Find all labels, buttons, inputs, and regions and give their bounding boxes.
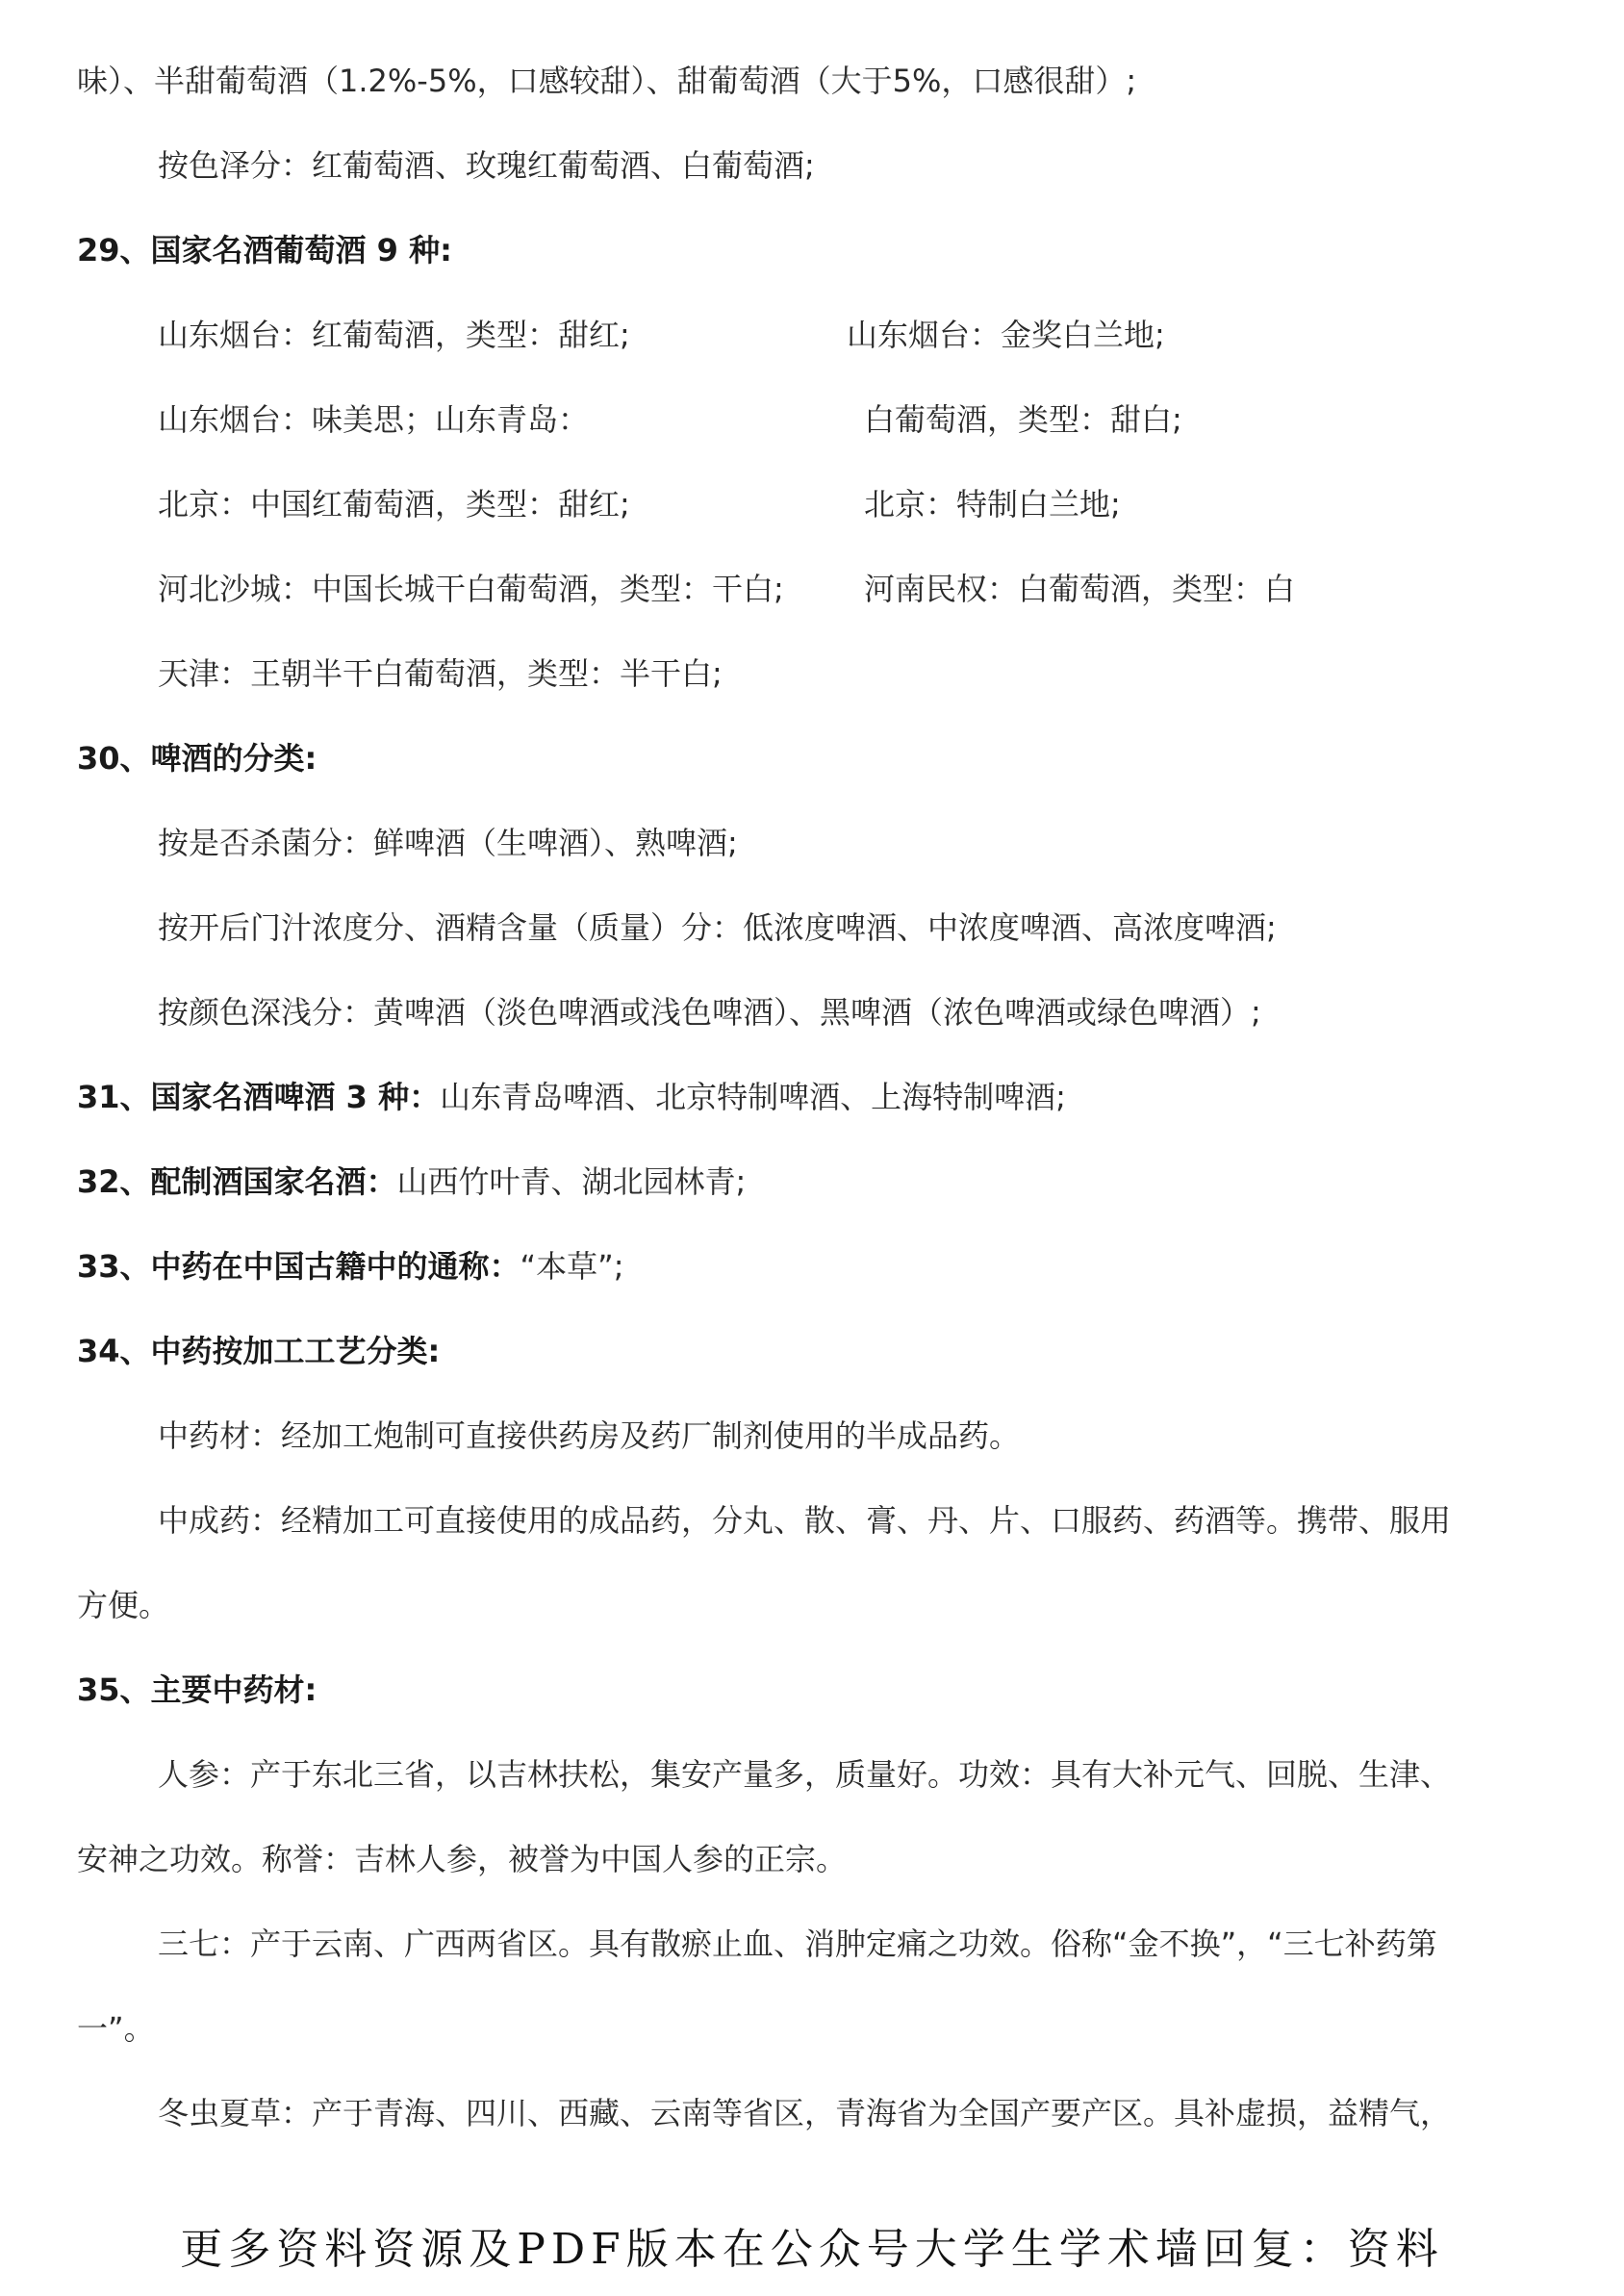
ginseng-paragraph: 人参：产于东北三省，以吉林扶松，集安产量多，质量好。功效：具有大补元气、回脱、生…	[158, 1753, 1451, 1796]
wine-item-2a: 山东烟台：味美思；山东青岛：	[158, 398, 589, 441]
cordyceps-paragraph: 冬虫夏草：产于青海、四川、西藏、云南等省区，青海省为全国产要产区。具补虚损，益精…	[158, 2092, 1451, 2134]
sanqi-paragraph-cont: 一”。	[77, 2007, 155, 2050]
beer-class-2: 按开后门汁浓度分、酒精含量（质量）分：低浓度啤酒、中浓度啤酒、高浓度啤酒;	[158, 906, 1277, 949]
heading-33-body: “本草”;	[520, 1248, 624, 1285]
heading-30: 30、啤酒的分类:	[77, 737, 317, 779]
heading-32-body: 山西竹叶青、湖北园林青;	[397, 1163, 747, 1200]
heading-29: 29、国家名酒葡萄酒 9 种:	[77, 229, 452, 271]
wine-item-1b: 山东烟台：金奖白兰地;	[847, 314, 1165, 356]
wine-item-4a: 河北沙城：中国长城干白葡萄酒，类型：干白;	[158, 568, 784, 610]
beer-class-1: 按是否杀菌分：鲜啤酒（生啤酒）、熟啤酒;	[158, 822, 738, 864]
ginseng-paragraph-cont: 安神之功效。称誉：吉林人参，被誉为中国人参的正宗。	[77, 1838, 847, 1880]
wine-item-3b: 北京：特制白兰地;	[864, 483, 1121, 525]
wine-item-1a: 山东烟台：红葡萄酒，类型：甜红;	[158, 314, 630, 356]
medicine-patent: 中成药：经精加工可直接使用的成品药，分丸、散、膏、丹、片、口服药、药酒等。携带、…	[158, 1499, 1451, 1542]
beer-class-3: 按颜色深浅分：黄啤酒（淡色啤酒或浅色啤酒）、黑啤酒（浓色啤酒或绿色啤酒）;	[158, 991, 1261, 1033]
heading-31-body: 山东青岛啤酒、北京特制啤酒、上海特制啤酒;	[440, 1079, 1066, 1115]
paragraph-wine-color: 按色泽分：红葡萄酒、玫瑰红葡萄酒、白葡萄酒;	[158, 144, 815, 187]
heading-33: 33、中药在中国古籍中的通称：“本草”;	[77, 1245, 624, 1288]
wine-item-2b: 白葡萄酒，类型：甜白;	[864, 398, 1182, 441]
paragraph-wine-sweetness: 味）、半甜葡萄酒（1.2%-5%，口感较甜）、甜葡萄酒（大于5%，口感很甜）;	[77, 60, 1136, 102]
wine-item-4b: 河南民权：白葡萄酒，类型：白	[864, 568, 1295, 610]
heading-31: 31、国家名酒啤酒 3 种：山东青岛啤酒、北京特制啤酒、上海特制啤酒;	[77, 1076, 1066, 1118]
heading-31-label: 31、国家名酒啤酒 3 种：	[77, 1079, 440, 1115]
heading-32: 32、配制酒国家名酒：山西竹叶青、湖北园林青;	[77, 1161, 746, 1203]
wine-item-3a: 北京：中国红葡萄酒，类型：甜红;	[158, 483, 630, 525]
heading-34: 34、中药按加工工艺分类:	[77, 1330, 440, 1372]
footer-promo-text: 更多资料资源及PDF版本在公众号大学生学术墙回复：资料	[0, 2223, 1624, 2277]
medicine-patent-cont: 方便。	[77, 1584, 169, 1626]
wine-item-5a: 天津：王朝半干白葡萄酒，类型：半干白;	[158, 652, 723, 695]
medicine-raw: 中药材：经加工炮制可直接供药房及药厂制剂使用的半成品药。	[158, 1415, 1020, 1457]
sanqi-paragraph: 三七：产于云南、广西两省区。具有散瘀止血、消肿定痛之功效。俗称“金不换”，“三七…	[158, 1923, 1437, 1965]
heading-35: 35、主要中药材:	[77, 1669, 317, 1711]
heading-33-label: 33、中药在中国古籍中的通称：	[77, 1248, 520, 1285]
heading-32-label: 32、配制酒国家名酒：	[77, 1163, 397, 1200]
